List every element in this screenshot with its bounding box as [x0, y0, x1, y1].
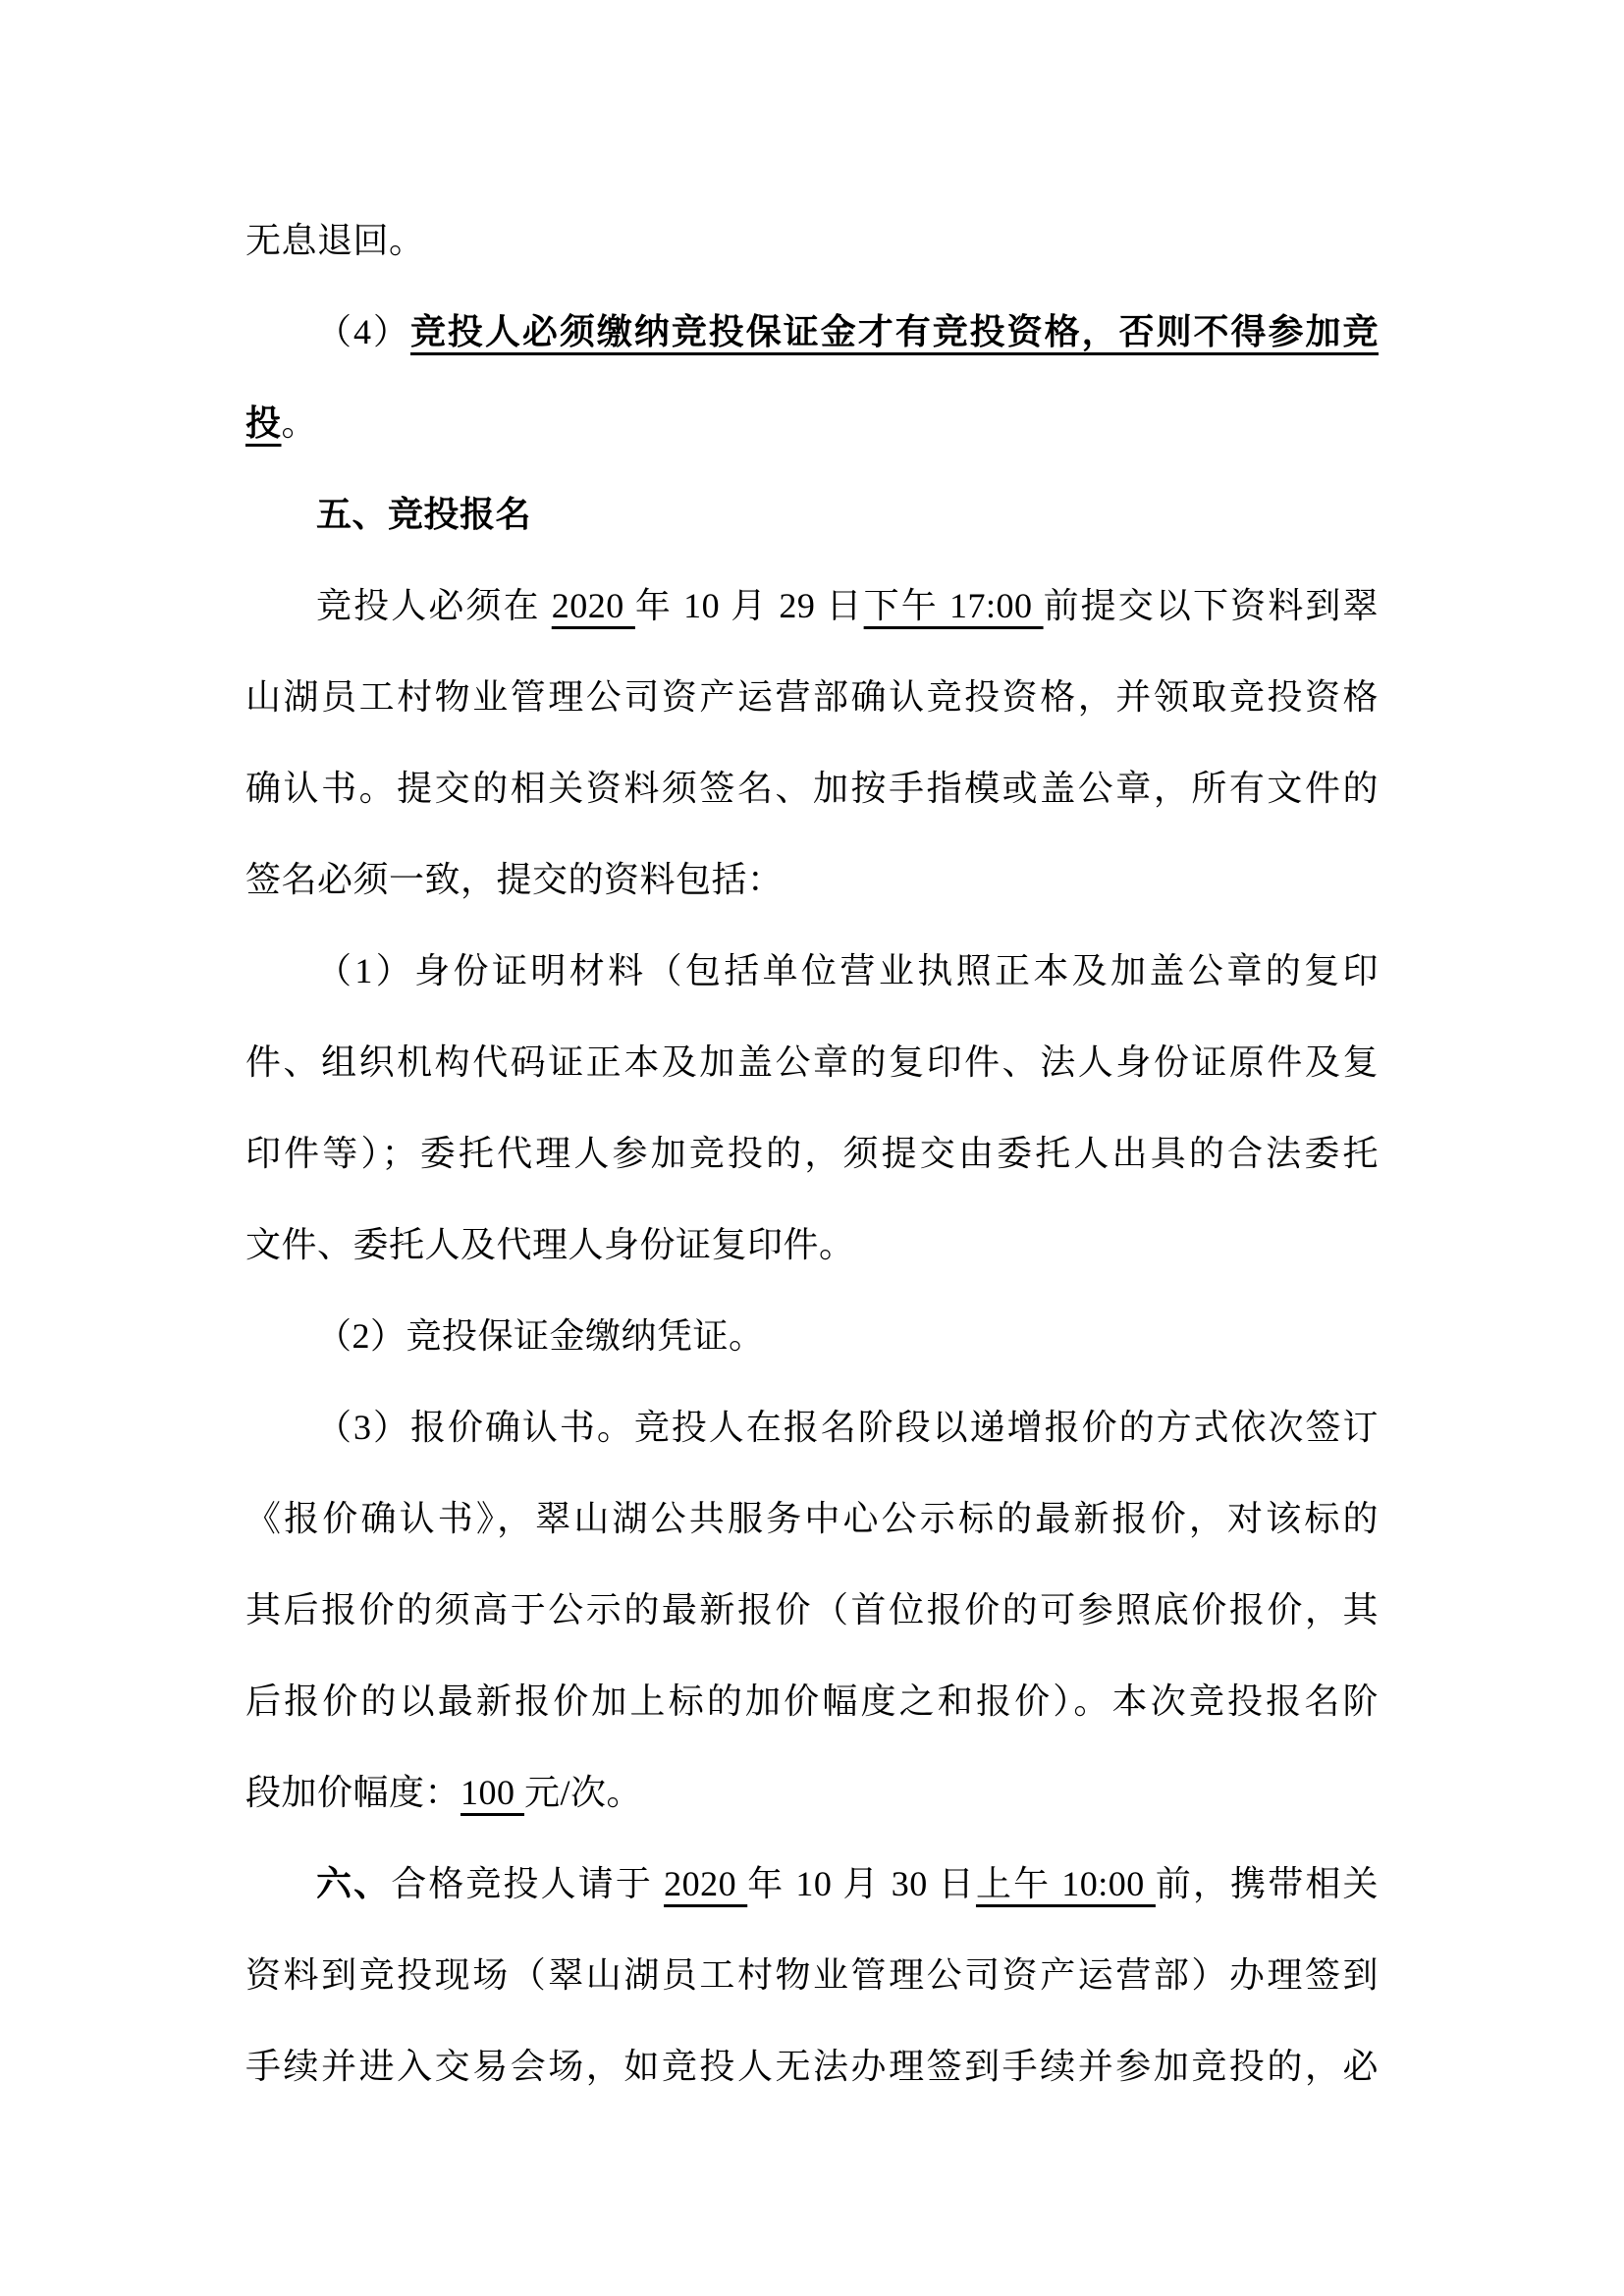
text-run: 100 [460, 1773, 524, 1812]
text-run: 上午 10:00 [976, 1864, 1156, 1903]
item-1-identity-materials-line-2: 件、组织机构代码证正本及加盖公章的复印件、法人身份证原件及复 [245, 1017, 1379, 1108]
section-5-heading: 五、竞投报名 [245, 469, 1379, 561]
text-run: 确认书。提交的相关资料须签名、加按手指模或盖公章，所有文件的 [245, 769, 1379, 808]
paragraph-registration-line-1: 竞投人必须在 2020 年 10 月 29 日下午 17:00 前提交以下资料到… [245, 561, 1379, 652]
text-run: 下午 17:00 [864, 586, 1044, 625]
text-run: 六、 [316, 1864, 391, 1903]
text-run: 合格竞投人请于 [391, 1864, 664, 1903]
item-1-identity-materials-line-1: （1）身份证明材料（包括单位营业执照正本及加盖公章的复印 [245, 926, 1379, 1017]
text-run: 件、组织机构代码证正本及加盖公章的复印件、法人身份证原件及复 [245, 1042, 1379, 1082]
item-3-price-confirmation-line-5: 段加价幅度：100 元/次。 [245, 1747, 1379, 1839]
text-run: 前，携带相关 [1156, 1864, 1379, 1903]
text-run: （4） [316, 312, 410, 351]
section-6-checkin-line-3: 手续并进入交易会场，如竞投人无法办理签到手续并参加竞投的，必 [245, 2021, 1379, 2112]
text-run: 投 [245, 403, 282, 443]
text-run: 元/次。 [524, 1773, 642, 1812]
text-run: 后报价的以最新报价加上标的加价幅度之和报价）。本次竞投报名阶 [245, 1682, 1379, 1721]
text-run: 印件等）；委托代理人参加竞投的，须提交由委托人出具的合法委托 [245, 1134, 1379, 1173]
clause-4-continuation: 投。 [245, 378, 1379, 469]
text-run: 签名必须一致，提交的资料包括： [245, 860, 784, 899]
text-run: 无息退回。 [245, 221, 425, 260]
paragraph-registration-line-3: 确认书。提交的相关资料须签名、加按手指模或盖公章，所有文件的 [245, 743, 1379, 834]
text-run: （3）报价确认书。竞投人在报名阶段以递增报价的方式依次签订 [316, 1408, 1379, 1447]
document-page: 无息退回。（4）竞投人必须缴纳竞投保证金才有竞投资格，否则不得参加竞投。五、竞投… [0, 0, 1624, 2296]
clause-4-deposit-required: （4）竞投人必须缴纳竞投保证金才有竞投资格，否则不得参加竞 [245, 287, 1379, 378]
document-body: 无息退回。（4）竞投人必须缴纳竞投保证金才有竞投资格，否则不得参加竞投。五、竞投… [245, 195, 1379, 2112]
text-run: 年 10 月 29 日 [635, 586, 864, 625]
item-1-identity-materials-line-3: 印件等）；委托代理人参加竞投的，须提交由委托人出具的合法委托 [245, 1108, 1379, 1200]
text-run: 其后报价的须高于公示的最新报价（首位报价的可参照底价报价，其 [245, 1590, 1379, 1629]
text-run: 竞投人必须缴纳竞投保证金才有竞投资格，否则不得参加竞 [410, 312, 1379, 351]
paragraph-registration-line-2: 山湖员工村物业管理公司资产运营部确认竞投资格，并领取竞投资格 [245, 652, 1379, 743]
text-run: （1）身份证明材料（包括单位营业执照正本及加盖公章的复印 [316, 951, 1379, 990]
item-3-price-confirmation-line-3: 其后报价的须高于公示的最新报价（首位报价的可参照底价报价，其 [245, 1565, 1379, 1656]
paragraph-refund-tail: 无息退回。 [245, 195, 1379, 287]
text-run: 文件、委托人及代理人身份证复印件。 [245, 1225, 855, 1264]
text-run: 段加价幅度： [245, 1773, 460, 1812]
text-run: 《报价确认书》，翠山湖公共服务中心公示标的最新报价，对该标的 [245, 1499, 1379, 1538]
text-run: 前提交以下资料到翠 [1044, 586, 1379, 625]
text-run: 2020 [664, 1864, 747, 1903]
text-run: 山湖员工村物业管理公司资产运营部确认竞投资格，并领取竞投资格 [245, 677, 1379, 717]
item-3-price-confirmation-line-4: 后报价的以最新报价加上标的加价幅度之和报价）。本次竞投报名阶 [245, 1656, 1379, 1747]
section-6-checkin-line-2: 资料到竞投现场（翠山湖员工村物业管理公司资产运营部）办理签到 [245, 1930, 1379, 2021]
text-run: 资料到竞投现场（翠山湖员工村物业管理公司资产运营部）办理签到 [245, 1955, 1379, 1995]
item-3-price-confirmation-line-2: 《报价确认书》，翠山湖公共服务中心公示标的最新报价，对该标的 [245, 1473, 1379, 1565]
text-run: 手续并进入交易会场，如竞投人无法办理签到手续并参加竞投的，必 [245, 2047, 1379, 2086]
item-2-deposit-receipt: （2）竞投保证金缴纳凭证。 [245, 1291, 1379, 1382]
text-run: 年 10 月 30 日 [747, 1864, 976, 1903]
text-run: 2020 [552, 586, 635, 625]
text-run: 竞投人必须在 [316, 586, 552, 625]
section-6-checkin-line-1: 六、合格竞投人请于 2020 年 10 月 30 日上午 10:00 前，携带相… [245, 1839, 1379, 1930]
text-run: （2）竞投保证金缴纳凭证。 [316, 1316, 765, 1356]
text-run: 。 [282, 403, 318, 443]
text-run: 五、竞投报名 [316, 495, 531, 534]
item-3-price-confirmation-line-1: （3）报价确认书。竞投人在报名阶段以递增报价的方式依次签订 [245, 1382, 1379, 1473]
item-1-identity-materials-line-4: 文件、委托人及代理人身份证复印件。 [245, 1200, 1379, 1291]
paragraph-registration-line-4: 签名必须一致，提交的资料包括： [245, 834, 1379, 926]
